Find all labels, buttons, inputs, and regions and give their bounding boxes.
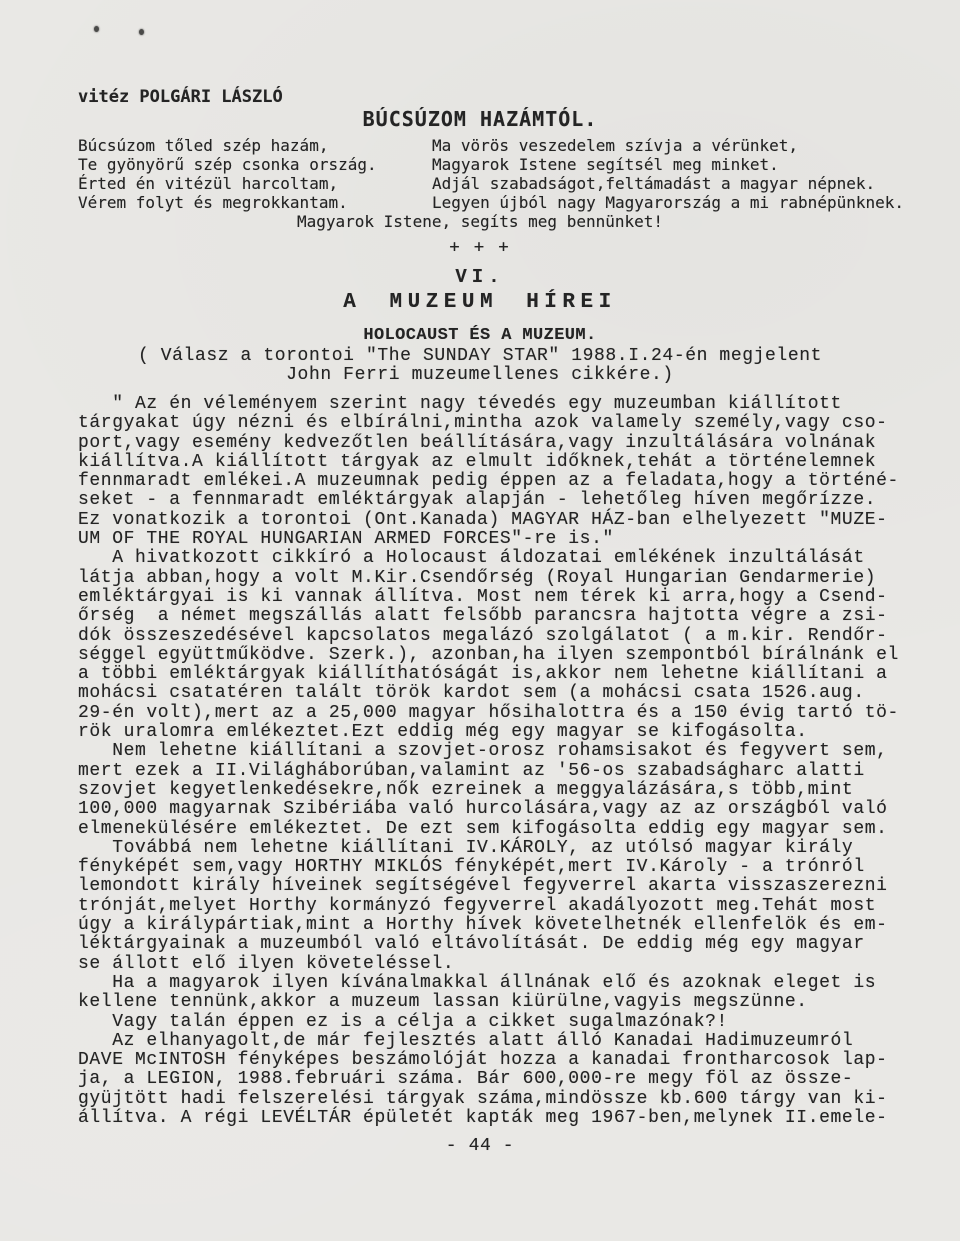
article-body: " Az én véleményem szerint nagy tévedés … (78, 395, 899, 1128)
body-text-line: fennmaradt emlékei.A muzeumnak pedig épp… (78, 472, 899, 491)
section-subtitle: HOLOCAUST ÉS A MUZEUM. (0, 326, 960, 345)
body-text-line: elmenekülésére emlékeztet. De ezt sem ki… (78, 820, 899, 839)
poem-line: Te gyönyörű szép csonka ország. (78, 155, 377, 174)
body-text-line: 29-én volt),mert az a 25,000 magyar hősi… (78, 704, 899, 723)
body-text-line: Ha a magyarok ilyen kívánalmakkal állnán… (78, 974, 899, 993)
body-text-line: kiállítva.A kiállított tárgyak az elmult… (78, 453, 899, 472)
body-text-line: A hivatkozott cikkíró a Holocaust áldoza… (78, 549, 899, 568)
body-text-line: Nem lehetne kiállítani a szovjet-orosz r… (78, 742, 899, 761)
poem-closing-line: Magyarok Istene, segíts meg bennünket! (0, 212, 960, 231)
poem-title: BÚCSÚZOM HAZÁMTÓL. (0, 110, 960, 129)
section-title: A MUZEUM HÍREI (0, 291, 960, 314)
body-text-line: mert ezek a II.Világháborúban,valamint a… (78, 762, 899, 781)
scanned-page: vitéz POLGÁRI LÁSZLÓ BÚCSÚZOM HAZÁMTÓL. … (0, 0, 960, 1241)
body-text-line: séggel együttműködve. Szerk.), azonban,h… (78, 646, 899, 665)
body-text-line: rök uralomra emlékeztet.Ezt eddig még eg… (78, 723, 899, 742)
section-separator: + + + (0, 238, 960, 257)
body-text-line: úgy a királypártiak,mint a Horthy hívek … (78, 916, 899, 935)
body-text-line: UM OF THE ROYAL HUNGARIAN ARMED FORCES"-… (78, 530, 899, 549)
poem-line: Érted én vitézül harcoltam, (78, 174, 377, 193)
body-text-line: Vagy talán éppen ez is a célja a cikket … (78, 1013, 899, 1032)
body-text-line: Az elhanyagolt,de már fejlesztés alatt á… (78, 1032, 899, 1051)
body-text-line: trónját,melyet Horthy kormányzó fegyverr… (78, 897, 899, 916)
poem-right-column: Ma vörös veszedelem szívja a vérünket,Ma… (432, 136, 904, 212)
body-text-line: lemondott király híveinek segítségével f… (78, 877, 899, 896)
body-text-line: seket - a fennmaradt emléktárgyak alapjá… (78, 491, 899, 510)
body-text-line: dók összeszedésével kapcsolatos megalázó… (78, 627, 899, 646)
body-text-line: Ez vonatkozik a torontoi (Ont.Kanada) MA… (78, 511, 899, 530)
section-number: VI. (0, 266, 960, 288)
poem-line: Legyen újból nagy Magyarország a mi rabn… (432, 193, 904, 212)
page-number: - 44 - (0, 1137, 960, 1156)
body-text-line: " Az én véleményem szerint nagy tévedés … (78, 395, 899, 414)
body-text-line: ja, a LEGION, 1988.februári száma. Bár 6… (78, 1070, 899, 1089)
ink-speck (94, 26, 99, 32)
body-text-line: 100,000 magyarnak Szibériába való hurcol… (78, 800, 899, 819)
body-text-line: tárgyakat úgy nézni és elbírálni,mintha … (78, 414, 899, 433)
body-text-line: port,vagy esemény kedvezőtlen beállításá… (78, 434, 899, 453)
source-note-line: John Ferri muzeumellenes cikkére.) (0, 366, 960, 385)
body-text-line: mohácsi csatatéren talált török kardot s… (78, 684, 899, 703)
body-text-line: gyüjtött hadi felszerelési tárgyak száma… (78, 1090, 899, 1109)
body-text-line: állítva. A régi LEVÉLTÁR épületét kapták… (78, 1109, 899, 1128)
body-text-line: Továbbá nem lehetne kiállítani IV.KÁROLY… (78, 839, 899, 858)
body-text-line: őrség a német megszállás alatt felsőbb p… (78, 607, 899, 626)
body-text-line: kellene tennünk,akkor a muzeum lassan ki… (78, 993, 899, 1012)
poem-line: Adjál szabadságot,feltámadást a magyar n… (432, 174, 904, 193)
body-text-line: emléktárgyai is ki vannak állítva. Most … (78, 588, 899, 607)
poem-line: Ma vörös veszedelem szívja a vérünket, (432, 136, 904, 155)
poem-line: Magyarok Istene segítsél meg minket. (432, 155, 904, 174)
body-text-line: fényképét sem,vagy HORTHY MIKLÓS fénykép… (78, 858, 899, 877)
body-text-line: szovjet kegyetlenkedésekre,nők ezreinek … (78, 781, 899, 800)
poem-line: Búcsúzom tőled szép hazám, (78, 136, 377, 155)
body-text-line: a többi emléktárgyak kiállíthatóságát is… (78, 665, 899, 684)
author-line: vitéz POLGÁRI LÁSZLÓ (78, 88, 283, 107)
body-text-line: látja abban,hogy a volt M.Kir.Csendőrség… (78, 569, 899, 588)
source-note-line: ( Válasz a torontoi "The SUNDAY STAR" 19… (0, 347, 960, 366)
poem-left-column: Búcsúzom tőled szép hazám,Te gyönyörű sz… (78, 136, 377, 212)
body-text-line: DAVE McINTOSH fényképes beszámolóját hoz… (78, 1051, 899, 1070)
poem-line: Vérem folyt és megrokkantam. (78, 193, 377, 212)
ink-speck (139, 29, 144, 35)
body-text-line: se állott elő ilyen követeléssel. (78, 955, 899, 974)
body-text-line: léktárgyainak a muzeumból való eltávolít… (78, 935, 899, 954)
